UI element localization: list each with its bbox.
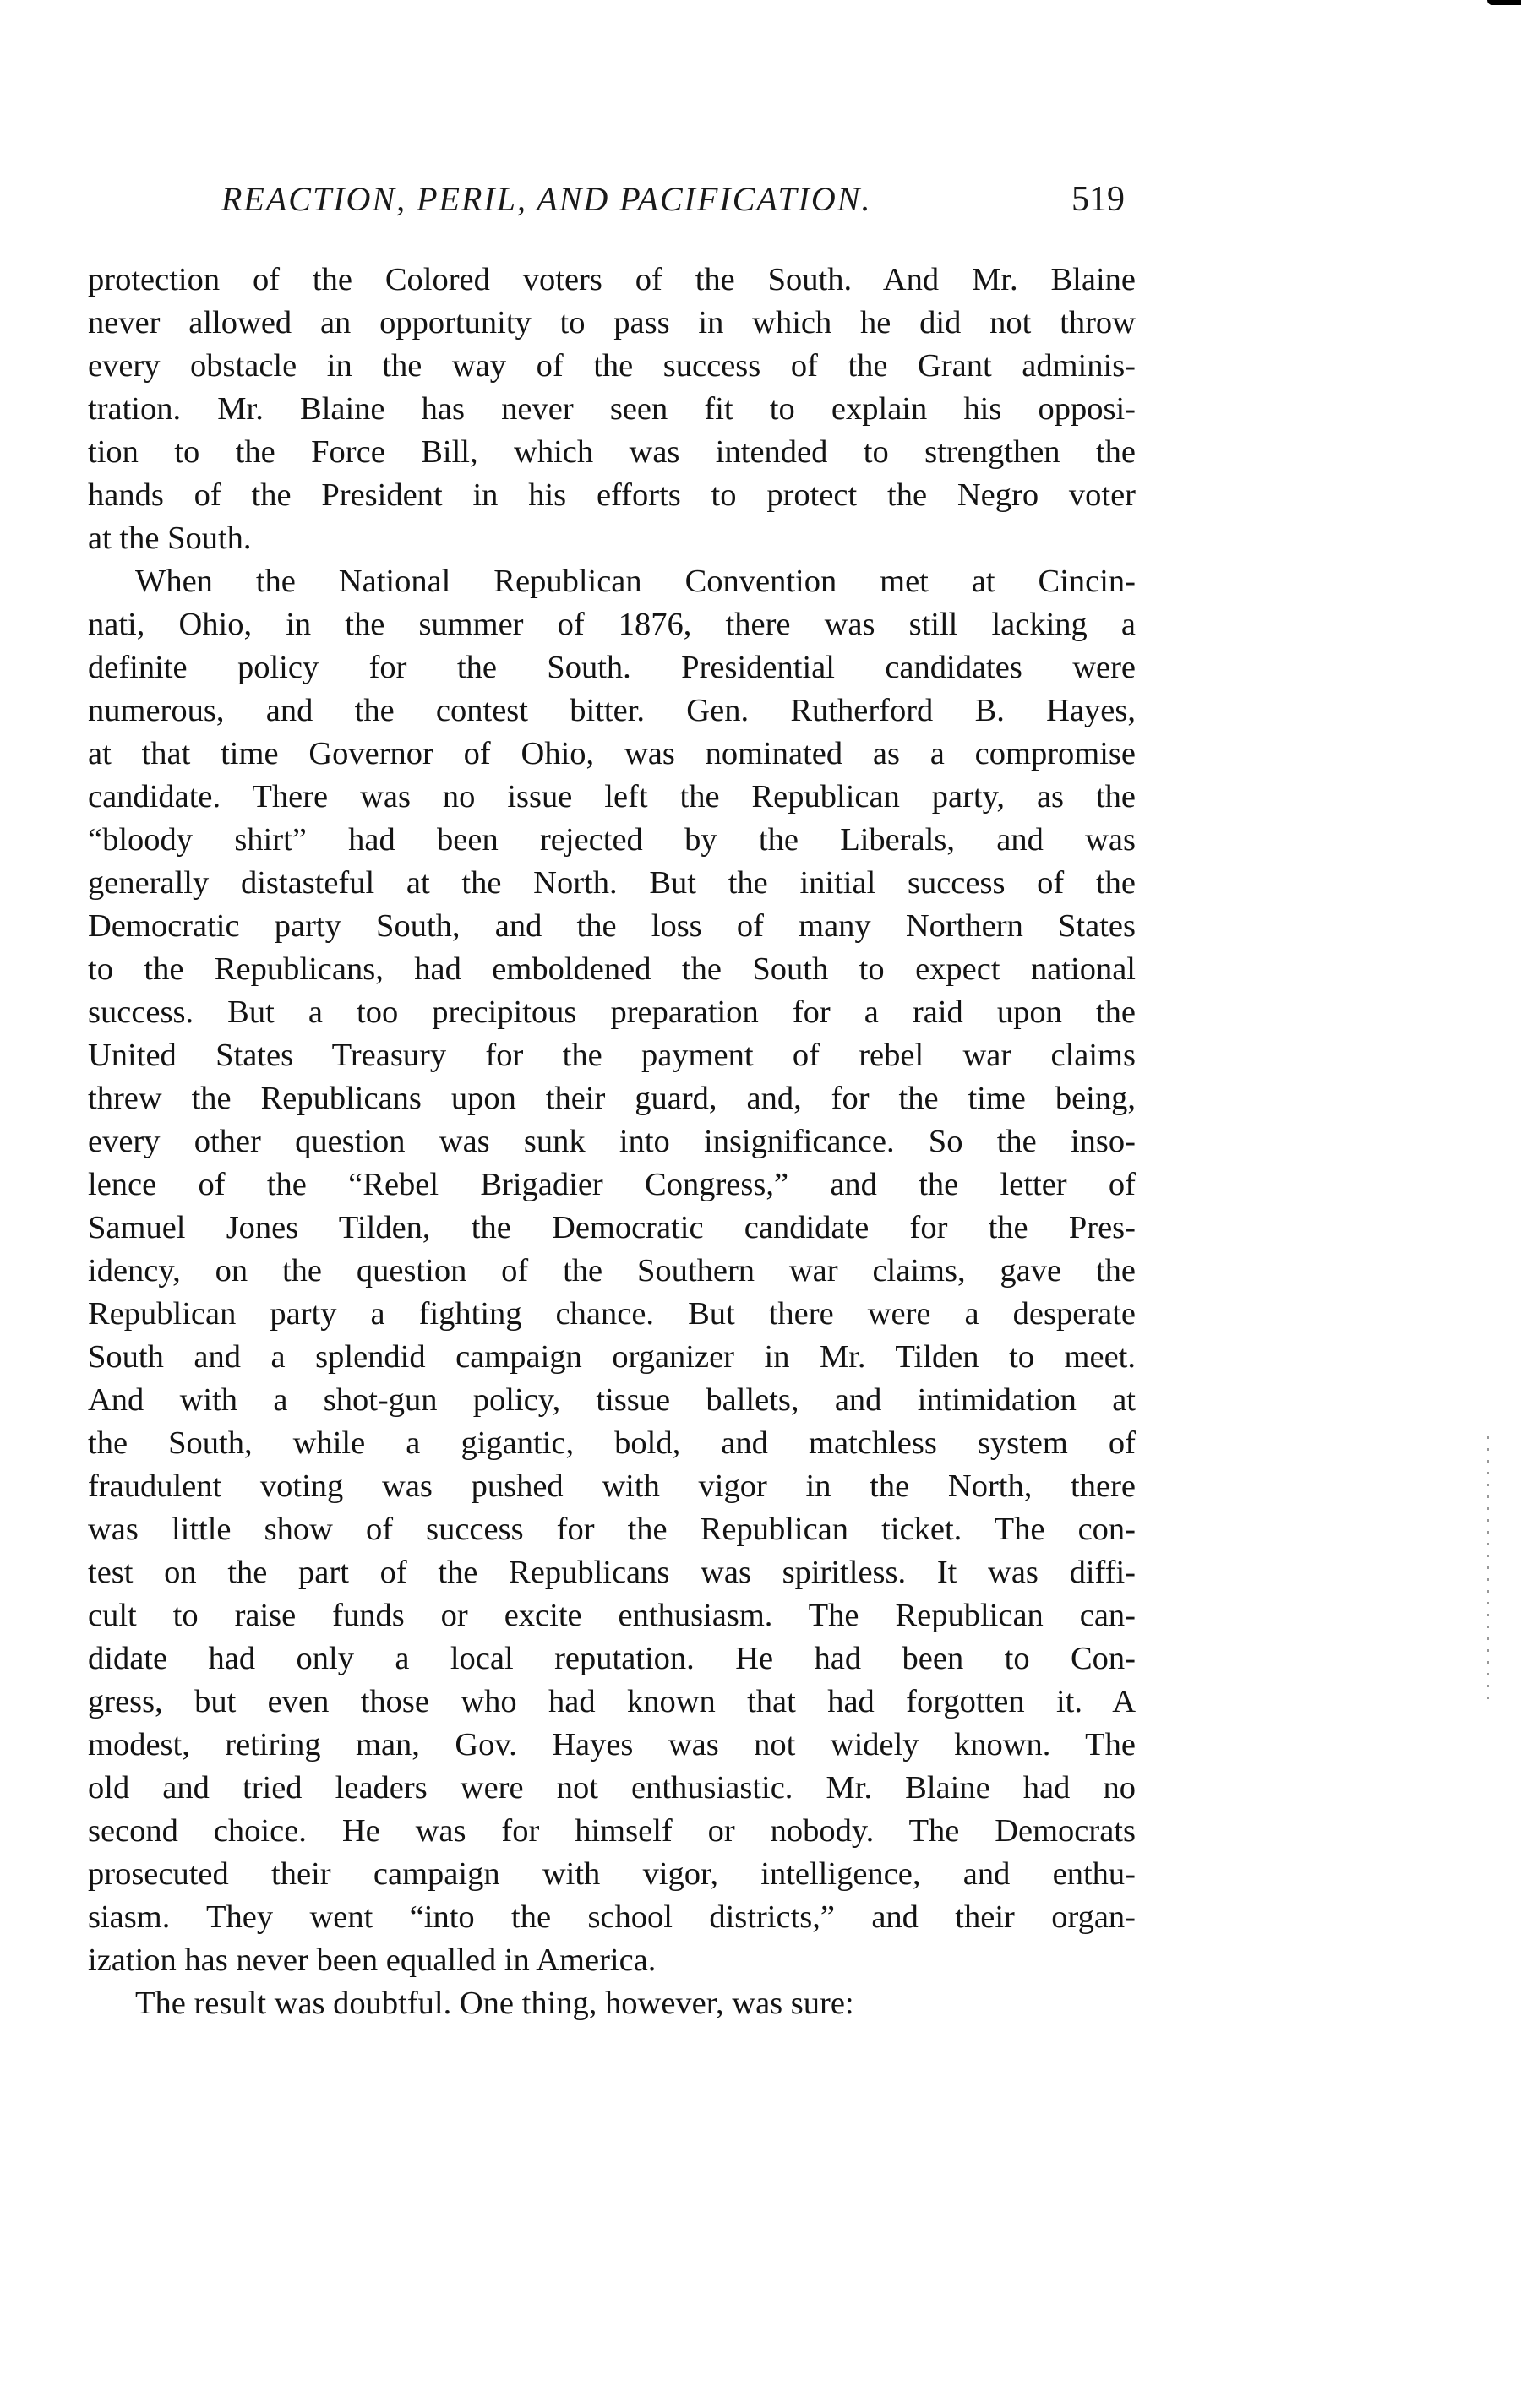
paragraph: When the National Republican Convention … [88, 560, 1136, 1982]
text-line: was little show of success for the Repub… [88, 1508, 1136, 1551]
text-line: Samuel Jones Tilden, the Democratic cand… [88, 1207, 1136, 1250]
text-line: to the Republicans, had emboldened the S… [88, 948, 1136, 991]
text-line: threw the Republicans upon their guard, … [88, 1077, 1136, 1120]
text-line: at that time Governor of Ohio, was nomin… [88, 733, 1136, 776]
text-line: protection of the Colored voters of the … [88, 259, 1136, 302]
text-line: idency, on the question of the Southern … [88, 1250, 1136, 1293]
text-line: lence of the “Rebel Brigadier Congress,”… [88, 1163, 1136, 1207]
text-line: cult to raise funds or excite enthusiasm… [88, 1594, 1136, 1637]
text-line: prosecuted their campaign with vigor, in… [88, 1853, 1136, 1896]
text-line: The result was doubtful. One thing, howe… [88, 1982, 1136, 2025]
running-head-title: REACTION, PERIL, AND PACIFICATION. [221, 179, 1130, 219]
text-line: “bloody shirt” had been rejected by the … [88, 819, 1136, 862]
text-line: gress, but even those who had known that… [88, 1681, 1136, 1724]
text-line: candidate. There was no issue left the R… [88, 776, 1136, 819]
text-line: at the South. [88, 517, 1136, 560]
text-line: And with a shot-gun policy, tissue balle… [88, 1379, 1136, 1422]
text-line: the South, while a gigantic, bold, and m… [88, 1422, 1136, 1465]
text-line: definite policy for the South. President… [88, 646, 1136, 689]
text-line: Republican party a fighting chance. But … [88, 1293, 1136, 1336]
text-line: fraudulent voting was pushed with vigor … [88, 1465, 1136, 1508]
text-line: every other question was sunk into insig… [88, 1120, 1136, 1163]
text-line: numerous, and the contest bitter. Gen. R… [88, 689, 1136, 733]
body-text: protection of the Colored voters of the … [88, 259, 1136, 2025]
text-line: test on the part of the Republicans was … [88, 1551, 1136, 1594]
text-line: When the National Republican Convention … [88, 560, 1136, 603]
text-line: tion to the Force Bill, which was intend… [88, 431, 1136, 474]
paragraph: The result was doubtful. One thing, howe… [88, 1982, 1136, 2025]
text-line: tration. Mr. Blaine has never seen fit t… [88, 388, 1136, 431]
text-line: generally distasteful at the North. But … [88, 862, 1136, 905]
text-line: second choice. He was for himself or nob… [88, 1810, 1136, 1853]
page-number: 519 [1071, 179, 1125, 220]
text-line: South and a splendid campaign organizer … [88, 1336, 1136, 1379]
text-line: didate had only a local reputation. He h… [88, 1637, 1136, 1681]
text-line: Democratic party South, and the loss of … [88, 905, 1136, 948]
text-line: every obstacle in the way of the success… [88, 345, 1136, 388]
text-line: old and tried leaders were not enthusias… [88, 1767, 1136, 1810]
text-line: hands of the President in his efforts to… [88, 474, 1136, 517]
text-line: success. But a too precipitous preparati… [88, 991, 1136, 1034]
text-line: siasm. They went “into the school distri… [88, 1896, 1136, 1939]
text-line: never allowed an opportunity to pass in … [88, 302, 1136, 345]
scan-artifact-dots [1487, 1436, 1489, 1707]
scan-artifact [1487, 0, 1521, 5]
text-line: nati, Ohio, in the summer of 1876, there… [88, 603, 1136, 646]
book-page: REACTION, PERIL, AND PACIFICATION. 519 p… [0, 0, 1521, 2408]
text-line: ization has never been equalled in Ameri… [88, 1939, 1136, 1982]
text-line: United States Treasury for the payment o… [88, 1034, 1136, 1077]
text-line: modest, retiring man, Gov. Hayes was not… [88, 1724, 1136, 1767]
paragraph: protection of the Colored voters of the … [88, 259, 1136, 560]
